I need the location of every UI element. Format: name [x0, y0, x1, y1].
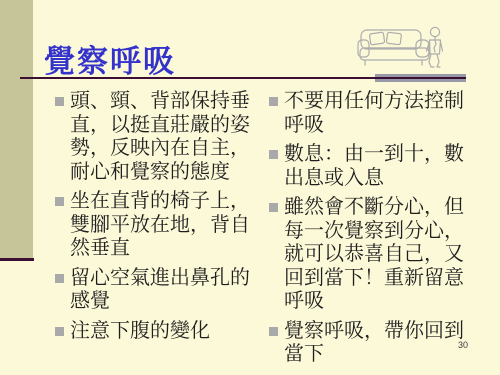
bullet-text: 坐在直背的椅子上，雙腳平放在地，背自然垂直 [70, 190, 254, 261]
list-item: 覺察呼吸，帶你回到當下 [269, 320, 474, 367]
list-item: 頭、頸、背部保持垂直，以挺直莊嚴的姿勢，反映內在自主，耐心和覺察的態度 [55, 90, 260, 184]
bullet-square-icon [269, 97, 278, 106]
bullet-square-icon [55, 274, 64, 283]
list-item: 注意下腹的變化 [55, 320, 260, 344]
bullet-text: 留心空氣進出鼻孔的感覺 [70, 267, 254, 314]
list-item: 雖然會不斷分心，但每一次覺察到分心，就可以恭喜自己，又回到當下！重新留意呼吸 [269, 196, 474, 314]
bullet-text: 注意下腹的變化 [70, 320, 254, 344]
title-separator-bar [375, 74, 466, 82]
bullet-square-icon [269, 203, 278, 212]
bullet-square-icon [269, 150, 278, 159]
bullet-square-icon [55, 97, 64, 106]
slide-title: 覺察呼吸 [44, 43, 364, 81]
slide: 覺察呼吸 [0, 0, 500, 375]
bullet-text: 頭、頸、背部保持垂直，以挺直莊嚴的姿勢，反映內在自主，耐心和覺察的態度 [70, 90, 254, 184]
bullet-column-right: 不要用任何方法控制呼吸 數息：由一到十，數出息或入息 雖然會不斷分心，但每一次覺… [269, 90, 474, 373]
list-item: 數息：由一到十，數出息或入息 [269, 143, 474, 190]
list-item: 不要用任何方法控制呼吸 [269, 90, 474, 137]
bullet-text: 不要用任何方法控制呼吸 [284, 90, 468, 137]
bullet-square-icon [55, 197, 64, 206]
bullet-text: 數息：由一到十，數出息或入息 [284, 143, 468, 190]
left-accent-band [0, 0, 33, 258]
bullet-text: 雖然會不斷分心，但每一次覺察到分心，就可以恭喜自己，又回到當下！重新留意呼吸 [284, 196, 468, 314]
bullet-text: 覺察呼吸，帶你回到當下 [284, 320, 468, 367]
page-number: 30 [458, 340, 468, 350]
bullet-square-icon [269, 327, 278, 336]
left-band-underline [0, 258, 34, 261]
bullet-square-icon [55, 327, 64, 336]
list-item: 坐在直背的椅子上，雙腳平放在地，背自然垂直 [55, 190, 260, 261]
person-on-sofa-icon [356, 24, 450, 70]
bullet-column-left: 頭、頸、背部保持垂直，以挺直莊嚴的姿勢，反映內在自主，耐心和覺察的態度 坐在直背… [55, 90, 260, 349]
list-item: 留心空氣進出鼻孔的感覺 [55, 267, 260, 314]
